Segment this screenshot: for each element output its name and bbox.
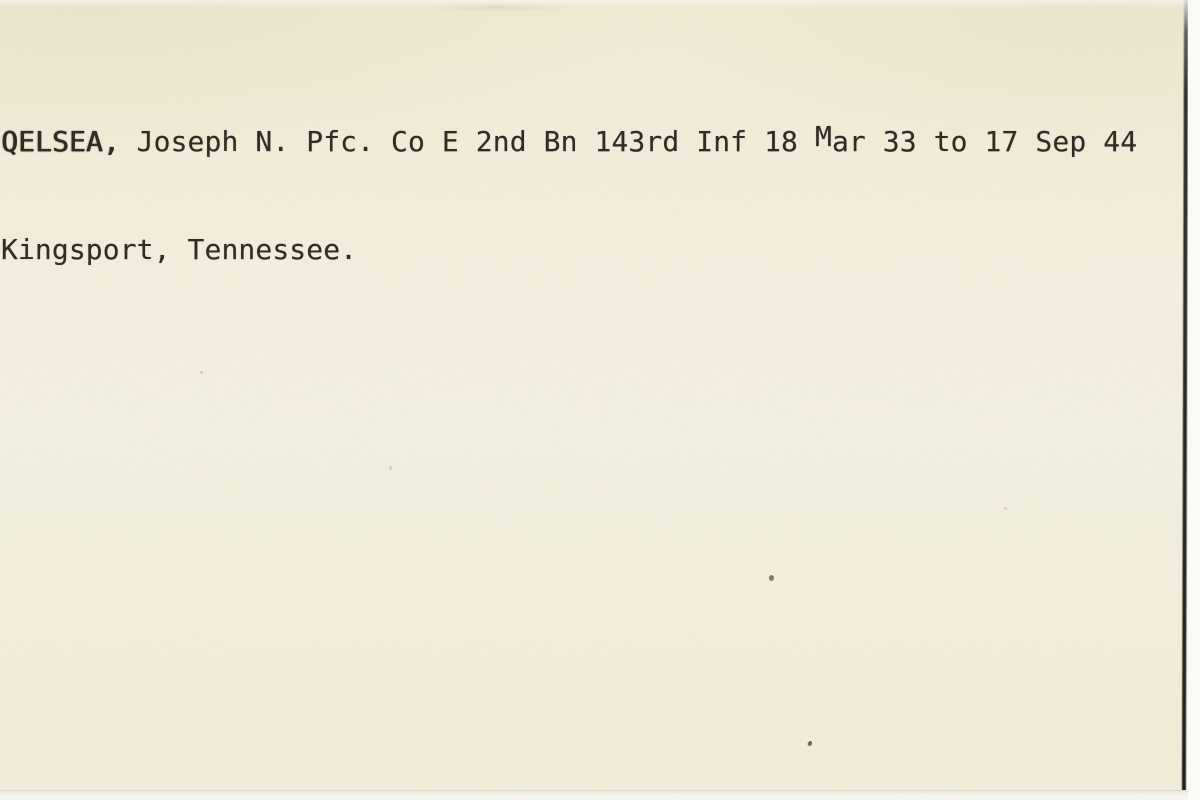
paper-speck xyxy=(389,466,392,470)
service-dates-text: ar 33 to 17 Sep 44 xyxy=(832,125,1137,158)
raised-character: M xyxy=(815,119,832,155)
paper-speck xyxy=(200,371,203,374)
typed-text-block: QELSEA, Joseph N. Pfc. Co E 2nd Bn 143rd… xyxy=(1,52,1137,340)
index-card-paper: QELSEA, Joseph N. Pfc. Co E 2nd Bn 143rd… xyxy=(0,0,1184,790)
residence-line: Kingsport, Tennessee. xyxy=(1,232,1137,268)
surname-text: QELSEA, xyxy=(1,125,120,158)
paper-speck xyxy=(807,740,813,746)
paper-speck xyxy=(1004,507,1007,510)
scan-smudge xyxy=(400,3,600,12)
service-record-line: QELSEA, Joseph N. Pfc. Co E 2nd Bn 143rd… xyxy=(1,124,1137,160)
scanner-bed-bottom xyxy=(0,790,1188,800)
scanned-index-card: QELSEA, Joseph N. Pfc. Co E 2nd Bn 143rd… xyxy=(0,0,1200,800)
scanner-bed-right xyxy=(1188,0,1200,800)
service-details-text: Joseph N. Pfc. Co E 2nd Bn 143rd Inf 18 xyxy=(120,125,815,158)
paper-speck xyxy=(769,575,774,581)
